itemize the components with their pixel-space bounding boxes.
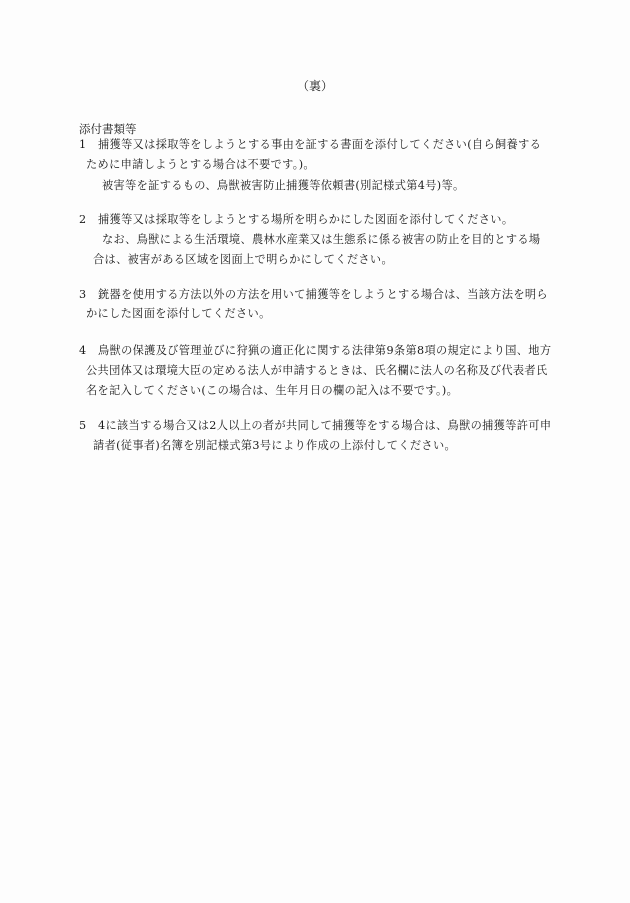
- item-4-line-1: 4 鳥獣の保護及び管理並びに狩猟の適正化に関する法律第9条第8項の規定により国、…: [79, 343, 551, 359]
- item-1-line-2: ために申請しようとする場合は不要です。)。: [86, 157, 315, 173]
- document-page: （裏） 添付書類等 1 捕獲等又は採取等をしようとする事由を証する書面を添付して…: [0, 0, 630, 903]
- item-5-line-1: 5 4に該当する場合又は2人以上の者が共同して捕獲等をする場合は、鳥獣の捕獲等許…: [79, 418, 551, 434]
- item-3-line-2: かにした図面を添付してください。: [86, 306, 271, 322]
- item-2-line-3: 合は、被害がある区域を図面上で明らかにしてください。: [93, 252, 393, 268]
- item-5-line-2: 請者(従事者)名簿を別記様式第3号により作成の上添付してください。: [93, 438, 456, 454]
- item-2-line-1: 2 捕獲等又は採取等をしようとする場所を明らかにした図面を添付してください。: [79, 212, 513, 228]
- item-1-note: 被害等を証するもの、鳥獣被害防止捕獲等依頼書(別記様式第4号)等。: [102, 178, 465, 194]
- item-4-line-3: 名を記入してください(この場合は、生年月日の欄の記入は不要です。)。: [86, 383, 458, 399]
- item-4-line-2: 公共団体又は環境大臣の定める法人が申請するときは、氏名欄に法人の名称及び代表者氏: [86, 363, 548, 379]
- section-title: 添付書類等: [79, 121, 137, 137]
- item-2-line-2: なお、鳥獣による生活環境、農林水産業又は生態系に係る被害の防止を目的とする場: [102, 232, 540, 248]
- back-side-label: （裏）: [0, 78, 630, 94]
- item-3-line-1: 3 銃器を使用する方法以外の方法を用いて捕獲等をしようとする場合は、当該方法を明…: [79, 287, 548, 303]
- item-1-line-1: 1 捕獲等又は採取等をしようとする事由を証する書面を添付してください(自ら飼養す…: [79, 137, 541, 153]
